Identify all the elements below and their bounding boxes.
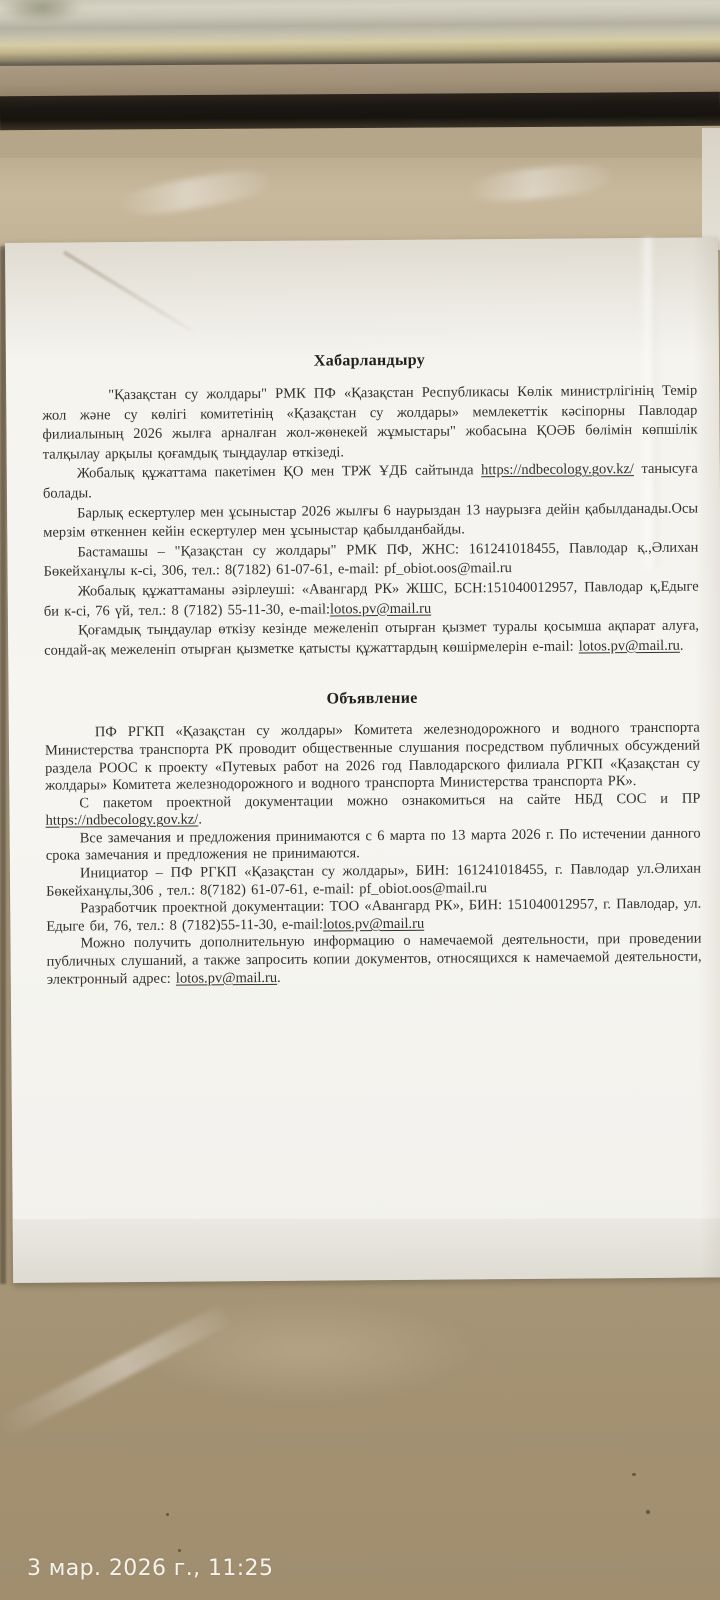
website-link: https://ndbecology.gov.kz/ bbox=[45, 812, 198, 829]
kz-paragraph-5: Жобалық құжаттаманы әзірлеуші: «Авангард… bbox=[44, 578, 699, 622]
ru-title: Объявление bbox=[45, 688, 700, 711]
kz-p2-text-pre: Жобалық құжаттама пакетімен ҚО мен ТРЖ Ұ… bbox=[77, 463, 481, 482]
email-link: lotos.pv@mail.ru bbox=[323, 916, 424, 933]
kz-paragraph-4: Бастамашы – "Қазақстан су жолдары" РМК П… bbox=[43, 538, 698, 582]
speck bbox=[166, 1513, 169, 1516]
email-link: lotos.pv@mail.ru bbox=[176, 970, 277, 987]
ru-p6-text-post: . bbox=[277, 969, 281, 985]
notice-paper: Хабарландыру "Қазақстан су жолдары" РМК … bbox=[5, 237, 720, 1283]
paper-edge-shadow bbox=[0, 246, 6, 1284]
ru-paragraph-1: ПФ РГКП «Қазақстан су жолдары» Комитета … bbox=[45, 720, 701, 796]
kz-paragraph-6: Қоғамдық тыңдаулар өткізу кезінде межеле… bbox=[44, 617, 699, 661]
packing-tape-bottom bbox=[13, 1218, 720, 1283]
metal-smudge bbox=[0, 0, 102, 31]
website-link: https://ndbecology.gov.kz/ bbox=[481, 461, 634, 478]
ru-paragraph-6: Можно получить дополнительную информацию… bbox=[46, 931, 701, 989]
notice-text: Хабарландыру "Қазақстан су жолдары" РМК … bbox=[5, 237, 720, 989]
paper-edge-right bbox=[702, 128, 720, 250]
ru-p2-text-post: . bbox=[198, 812, 202, 828]
camera-timestamp: 3 мар. 2026 г., 11:25 bbox=[27, 1556, 273, 1581]
ru-paragraph-4: Инициатор – ПФ РГКП «Қазақстан су жолдар… bbox=[46, 861, 701, 901]
shadow-gap bbox=[0, 92, 720, 130]
speck bbox=[632, 1473, 636, 1476]
speck bbox=[178, 1549, 181, 1552]
kz-p6-text-post: . bbox=[680, 637, 684, 653]
packing-tape-band bbox=[0, 158, 720, 250]
metal-frame-bar bbox=[0, 0, 720, 71]
photo-of-notice-board: Хабарландыру "Қазақстан су жолдары" РМК … bbox=[0, 0, 720, 1600]
kz-paragraph-1: "Қазақстан су жолдары" РМК ПФ «Қазақстан… bbox=[42, 382, 698, 466]
ru-paragraph-5: Разработчик проектной документации: ТОО … bbox=[46, 896, 701, 936]
ru-p6-text-pre: Можно получить дополнительную информацию… bbox=[47, 931, 702, 987]
kz-title: Хабарландыру bbox=[42, 350, 697, 373]
email-link: lotos.pv@mail.ru bbox=[579, 637, 680, 654]
ru-paragraph-2: С пакетом проектной документации можно о… bbox=[45, 790, 700, 830]
kz-paragraph-2: Жобалық құжаттама пакетімен ҚО мен ТРЖ Ұ… bbox=[43, 460, 698, 504]
speck bbox=[646, 1510, 650, 1514]
kz-paragraph-3: Барлық ескертулер мен ұсыныстар 2026 жыл… bbox=[43, 499, 698, 543]
email-link: lotos.pv@mail.ru bbox=[330, 600, 431, 617]
ru-paragraph-3: Все замечания и предложения принимаются … bbox=[46, 825, 701, 865]
